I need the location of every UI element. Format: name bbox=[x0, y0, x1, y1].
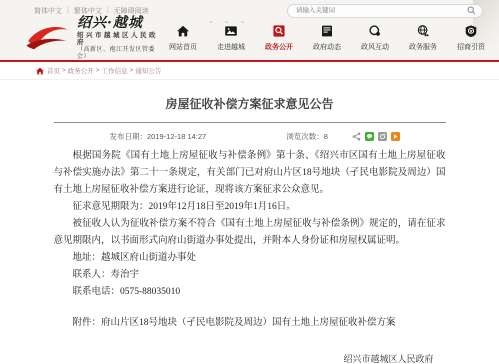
accessibility-link[interactable]: 无障碍阅读 bbox=[114, 6, 149, 16]
breadcrumb-separator: > bbox=[130, 67, 134, 74]
nav-label: 政府动态 bbox=[313, 42, 341, 52]
lang-simplified-link[interactable]: 简体中文 bbox=[34, 6, 62, 16]
government-name: 绍兴市越城区人民政府 bbox=[77, 33, 165, 47]
globe-icon bbox=[416, 24, 430, 40]
view-count: 浏览次数：8 bbox=[286, 131, 328, 142]
nav-item-gov-news[interactable]: 政府动态 bbox=[309, 24, 345, 52]
article-meta: 发布日期：2019-12-18 14:27 浏览次数：8 bbox=[54, 131, 446, 142]
investment-icon bbox=[464, 24, 478, 40]
paragraph: 被征收人认为征收补偿方案不符合《国有土地上房屋征收与补偿条例》规定的，请在征求意… bbox=[54, 216, 446, 250]
title-divider bbox=[54, 122, 446, 123]
breadcrumb-item-work-info[interactable]: 工作信息 bbox=[102, 66, 128, 75]
breadcrumb: 首页 > 政务公开 > 工作信息 > 通知公告 bbox=[0, 62, 499, 80]
nav-item-about[interactable]: 走进越城 bbox=[213, 24, 249, 52]
share-bar bbox=[352, 132, 400, 141]
nav-item-services[interactable]: 政务服务 bbox=[405, 24, 441, 52]
signature: 绍兴市越城区人民政府 bbox=[54, 352, 434, 364]
search-input[interactable] bbox=[294, 6, 467, 15]
wechat-icon[interactable] bbox=[365, 132, 374, 141]
breadcrumb-home-icon bbox=[36, 67, 44, 75]
nav-label: 政风互动 bbox=[361, 42, 389, 52]
gov-open-icon bbox=[272, 24, 286, 40]
publish-date: 发布日期：2019-12-18 14:27 bbox=[110, 131, 207, 142]
search-icon[interactable] bbox=[467, 6, 476, 15]
breadcrumb-item-home[interactable]: 首页 bbox=[47, 66, 60, 75]
breadcrumb-item-notices[interactable]: 通知公告 bbox=[135, 66, 161, 75]
article: 房屋征收补偿方案征求意见公告 发布日期：2019-12-18 14:27 浏览次… bbox=[54, 95, 446, 364]
logo-swoosh-icon bbox=[24, 23, 72, 53]
contact-phone-line: 联系电话：0575-88035010 bbox=[54, 284, 446, 301]
nav-item-home[interactable]: 网站首页 bbox=[165, 24, 201, 52]
breadcrumb-separator: > bbox=[96, 67, 100, 74]
paragraph: 根据国务院《国有土地上房屋征收与补偿条例》第十条、《绍兴市区国有土地上房屋征收与… bbox=[54, 148, 446, 199]
separator: | bbox=[107, 7, 109, 14]
breadcrumb-separator: > bbox=[62, 67, 66, 74]
nav-item-interaction[interactable]: 政风互动 bbox=[357, 24, 393, 52]
news-icon bbox=[320, 24, 334, 40]
chat-icon bbox=[368, 24, 382, 40]
contact-person-line: 联系人：寿治宇 bbox=[54, 267, 446, 284]
site-header: 简体中文 | 繁体中文 | 无障碍阅读 绍兴·越城 绍兴市越城区人民政府 （高新… bbox=[0, 0, 499, 62]
home-icon bbox=[176, 24, 190, 40]
government-subname: （高新区、袍江开发区管委会） bbox=[77, 47, 165, 60]
site-logo[interactable]: 绍兴·越城 绍兴市越城区人民政府 （高新区、袍江开发区管委会） bbox=[24, 16, 165, 60]
search-box bbox=[287, 4, 483, 18]
nav-label: 招商引资 bbox=[457, 42, 485, 52]
nav-item-investment[interactable]: 招商引资 bbox=[453, 24, 489, 52]
nav-label: 政务公开 bbox=[265, 42, 293, 52]
separator: | bbox=[67, 7, 69, 14]
primary-nav: 网站首页 走进越城 政务公开 政府动态 bbox=[165, 24, 489, 52]
lang-traditional-link[interactable]: 繁体中文 bbox=[74, 6, 102, 16]
nav-item-gov-disclosure[interactable]: 政务公开 bbox=[261, 24, 297, 52]
utility-bar: 简体中文 | 繁体中文 | 无障碍阅读 bbox=[0, 0, 499, 17]
article-body: 根据国务院《国有土地上房屋征收与补偿条例》第十条、《绍兴市区国有土地上房屋征收与… bbox=[54, 148, 446, 332]
address-line: 地址：越城区府山街道办事处 bbox=[54, 250, 446, 267]
share-nodes-icon[interactable] bbox=[352, 132, 361, 141]
nav-label: 政务服务 bbox=[409, 42, 437, 52]
breadcrumb-item-disclosure[interactable]: 政务公开 bbox=[68, 66, 94, 75]
attachment-link[interactable]: 附件：府山片区18号地块（孑民电影院及周边）国有土地上房屋征收补偿方案 bbox=[54, 315, 446, 332]
site-name: 绍兴·越城 bbox=[77, 16, 165, 31]
nav-label: 网站首页 bbox=[169, 42, 197, 52]
weibo-icon[interactable] bbox=[378, 132, 387, 141]
scenery-icon bbox=[224, 24, 238, 40]
more-share-icon[interactable] bbox=[391, 132, 400, 141]
header-main-row: 绍兴·越城 绍兴市越城区人民政府 （高新区、袍江开发区管委会） 网站首页 走进越… bbox=[0, 17, 499, 60]
page-title: 房屋征收补偿方案征求意见公告 bbox=[54, 95, 446, 112]
paragraph: 征求意见期限为：2019年12月18日至2019年1月16日。 bbox=[54, 199, 446, 216]
nav-label: 走进越城 bbox=[217, 42, 245, 52]
